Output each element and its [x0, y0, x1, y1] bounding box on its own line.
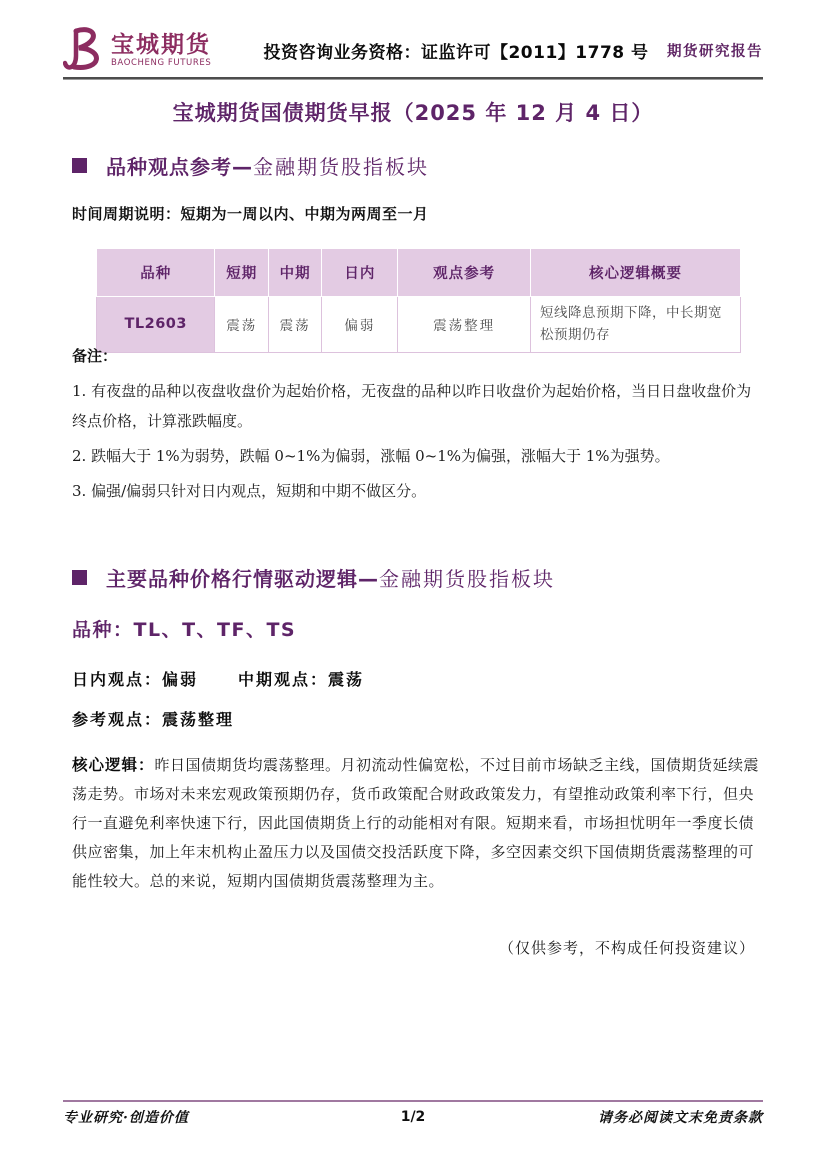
cell-opinion: 震荡整理 — [398, 297, 531, 353]
table-header-short-term: 短期 — [215, 249, 268, 297]
cell-variety: TL2603 — [97, 297, 215, 353]
page-header: 宝城期货 BAOCHENG FUTURES 投资咨询业务资格：证监许可【2011… — [63, 24, 763, 76]
footer-slogan: 专业研究·创造价值 — [63, 1107, 401, 1127]
variety-line: 品种：TL、T、TF、TS — [72, 615, 296, 642]
varieties-table: 品种 短期 中期 日内 观点参考 核心逻辑概要 TL2603 震荡 震荡 偏弱 … — [96, 248, 741, 353]
section2-heading-bold: 主要品种价格行情驱动逻辑— — [106, 563, 379, 592]
qualification-text: 投资咨询业务资格：证监许可【2011】1778 号 — [245, 38, 667, 63]
section2-heading-light: 金融期货股指板块 — [379, 563, 555, 592]
section-marker-icon — [72, 570, 87, 585]
table-header-intraday: 日内 — [322, 249, 398, 297]
section-marker-icon — [72, 158, 87, 173]
notes-label: 备注： — [72, 345, 117, 366]
opinion-line: 日内观点：偏弱中期观点：震荡 — [72, 667, 364, 690]
page-title: 宝城期货国债期货早报（2025 年 12 月 4 日） — [0, 97, 826, 127]
page-footer: 专业研究·创造价值 1/2 请务必阅读文末免责条款 — [63, 1107, 763, 1127]
footer-disclaimer-note: 请务必阅读文末免责条款 — [425, 1107, 763, 1127]
brand-subtitle: BAOCHENG FUTURES — [111, 58, 211, 69]
intraday-opinion-value: 偏弱 — [162, 670, 198, 689]
cell-short-term: 震荡 — [215, 297, 268, 353]
page-number: 1/2 — [401, 1109, 426, 1125]
cell-medium-term: 震荡 — [268, 297, 321, 353]
intraday-opinion-label: 日内观点： — [72, 670, 162, 689]
medium-opinion-label: 中期观点： — [238, 670, 328, 689]
note-item-3: 3. 偏强/偏弱只针对日内观点，短期和中期不做区分。 — [72, 476, 766, 506]
reference-opinion-label: 参考观点： — [72, 710, 162, 729]
table-header-variety: 品种 — [97, 249, 215, 297]
section2-heading: 主要品种价格行情驱动逻辑— 金融期货股指板块 — [72, 563, 555, 592]
table-header-medium-term: 中期 — [268, 249, 321, 297]
disclaimer-note: （仅供参考，不构成任何投资建议） — [72, 937, 755, 958]
table-header-opinion: 观点参考 — [398, 249, 531, 297]
report-type-label: 期货研究报告 — [667, 40, 763, 61]
cell-intraday: 偏弱 — [322, 297, 398, 353]
logo-b-icon — [63, 27, 105, 73]
core-logic-paragraph: 核心逻辑：昨日国债期货均震荡整理。月初流动性偏宽松，不过目前市场缺乏主线，国债期… — [72, 751, 766, 896]
brand-name: 宝城期货 — [111, 32, 211, 58]
table-header-core-logic: 核心逻辑概要 — [531, 249, 741, 297]
logo-text: 宝城期货 BAOCHENG FUTURES — [111, 32, 211, 69]
cell-core-logic: 短线降息预期下降，中长期宽松预期仍存 — [531, 297, 741, 353]
section1-heading-light: 金融期货股指板块 — [253, 151, 429, 180]
company-logo: 宝城期货 BAOCHENG FUTURES — [63, 27, 245, 73]
core-logic-text: 昨日国债期货均震荡整理。月初流动性偏宽松，不过目前市场缺乏主线，国债期货延续震荡… — [72, 756, 759, 890]
note-item-2: 2. 跌幅大于 1%为弱势，跌幅 0~1%为偏弱，涨幅 0~1%为偏强，涨幅大于… — [72, 441, 766, 471]
core-logic-label: 核心逻辑： — [72, 756, 155, 774]
footer-divider — [63, 1100, 763, 1102]
medium-opinion-value: 震荡 — [328, 670, 364, 689]
section1-heading-bold: 品种观点参考— — [106, 151, 253, 180]
note-item-1: 1. 有夜盘的品种以夜盘收盘价为起始价格，无夜盘的品种以昨日收盘价为起始价格，当… — [72, 376, 766, 436]
section1-heading: 品种观点参考— 金融期货股指板块 — [72, 151, 429, 180]
reference-opinion-line: 参考观点：震荡整理 — [72, 707, 234, 730]
period-note: 时间周期说明：短期为一周以内、中期为两周至一月 — [72, 203, 429, 224]
reference-opinion-value: 震荡整理 — [162, 710, 234, 729]
report-page: 宝城期货 BAOCHENG FUTURES 投资咨询业务资格：证监许可【2011… — [0, 0, 826, 1169]
table-row: TL2603 震荡 震荡 偏弱 震荡整理 短线降息预期下降，中长期宽松预期仍存 — [97, 297, 741, 353]
table-header-row: 品种 短期 中期 日内 观点参考 核心逻辑概要 — [97, 249, 741, 297]
header-divider — [63, 77, 763, 80]
